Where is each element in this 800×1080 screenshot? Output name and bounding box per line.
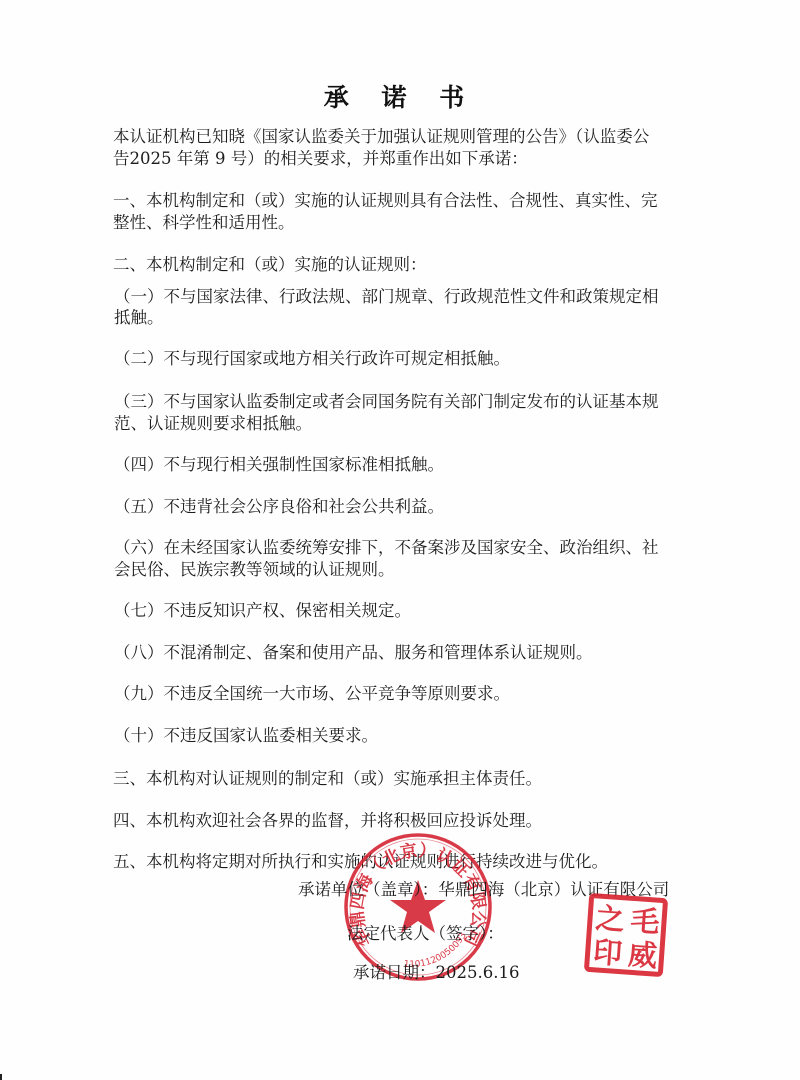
signature-unit-line: 承诺单位（盖章）：华鼎四海（北京）认证有限公司 — [298, 876, 669, 900]
commitment-2-item-2: （二）不与现行国家或地方相关行政许可规定相抵触。 — [114, 348, 661, 370]
signature-representative-line: 法定代表人（签字）： — [347, 920, 504, 944]
signature-representative-label: 法定代表人（签字）： — [347, 924, 504, 943]
commitment-2-item-3: （三）不与国家认监委制定或者会同国务院有关部门制定发布的认证基本规范、认证规则要… — [114, 391, 661, 434]
commitment-2-item-7: （七）不违反知识产权、保密相关规定。 — [114, 600, 661, 622]
commitment-2-item-6: （六）在未经国家认监委统筹安排下，不备案涉及国家安全、政治组织、社会民俗、民族宗… — [114, 537, 661, 580]
document-page: 承 诺 书 本认证机构已知晓《国家认监委关于加强认证规则管理的公告》（认监委公告… — [0, 0, 800, 1080]
signature-unit-label: 承诺单位（盖章）： — [298, 880, 438, 899]
commitment-2-item-8: （八）不混淆制定、备案和使用产品、服务和管理体系认证规则。 — [114, 642, 661, 664]
commitment-2-item-5: （五）不违背社会公序良俗和社会公共利益。 — [114, 496, 661, 518]
document-title: 承 诺 书 — [0, 78, 800, 114]
scan-edge-mark — [0, 1074, 2, 1080]
commitment-2-item-9: （九）不违反全国统一大市场、公平竞争等原则要求。 — [114, 683, 661, 705]
commitment-5: 五、本机构将定期对所执行和实施的认证规则进行持续改进与优化。 — [113, 851, 661, 873]
commitment-2-item-4: （四）不与现行相关强制性国家标准相抵触。 — [114, 454, 661, 476]
document-body: 本认证机构已知晓《国家认监委关于加强认证规则管理的公告》（认监委公告2025 年… — [113, 126, 661, 894]
commitment-2-heading: 二、本机构制定和（或）实施的认证规则： — [113, 254, 661, 276]
svg-text:之: 之 — [594, 901, 625, 937]
signature-date-line: 承诺日期：2025.6.16 — [353, 959, 519, 983]
commitment-1: 一、本机构制定和（或）实施的认证规则具有合法性、合规性、真实性、完整性、科学性和… — [113, 190, 661, 233]
commitment-2-item-10: （十）不违反国家认监委相关要求。 — [114, 725, 661, 747]
commitment-4: 四、本机构欢迎社会各界的监督，并将积极回应投诉处理。 — [113, 810, 661, 832]
signature-unit-value: 华鼎四海（北京）认证有限公司 — [438, 880, 669, 899]
svg-text:印: 印 — [592, 935, 623, 971]
intro-paragraph: 本认证机构已知晓《国家认监委关于加强认证规则管理的公告》（认监委公告2025 年… — [113, 126, 661, 169]
commitment-2-item-1: （一）不与国家法律、行政法规、部门规章、行政规范性文件和政策规定相抵触。 — [114, 286, 661, 329]
svg-text:威: 威 — [627, 937, 658, 973]
signature-date-value: 2025.6.16 — [436, 963, 520, 982]
commitment-3: 三、本机构对认证规则的制定和（或）实施承担主体责任。 — [113, 768, 661, 790]
signature-date-label: 承诺日期： — [353, 963, 436, 982]
svg-text:毛: 毛 — [629, 903, 660, 939]
name-stamp-icon: 毛 威 之 印 — [584, 893, 668, 977]
